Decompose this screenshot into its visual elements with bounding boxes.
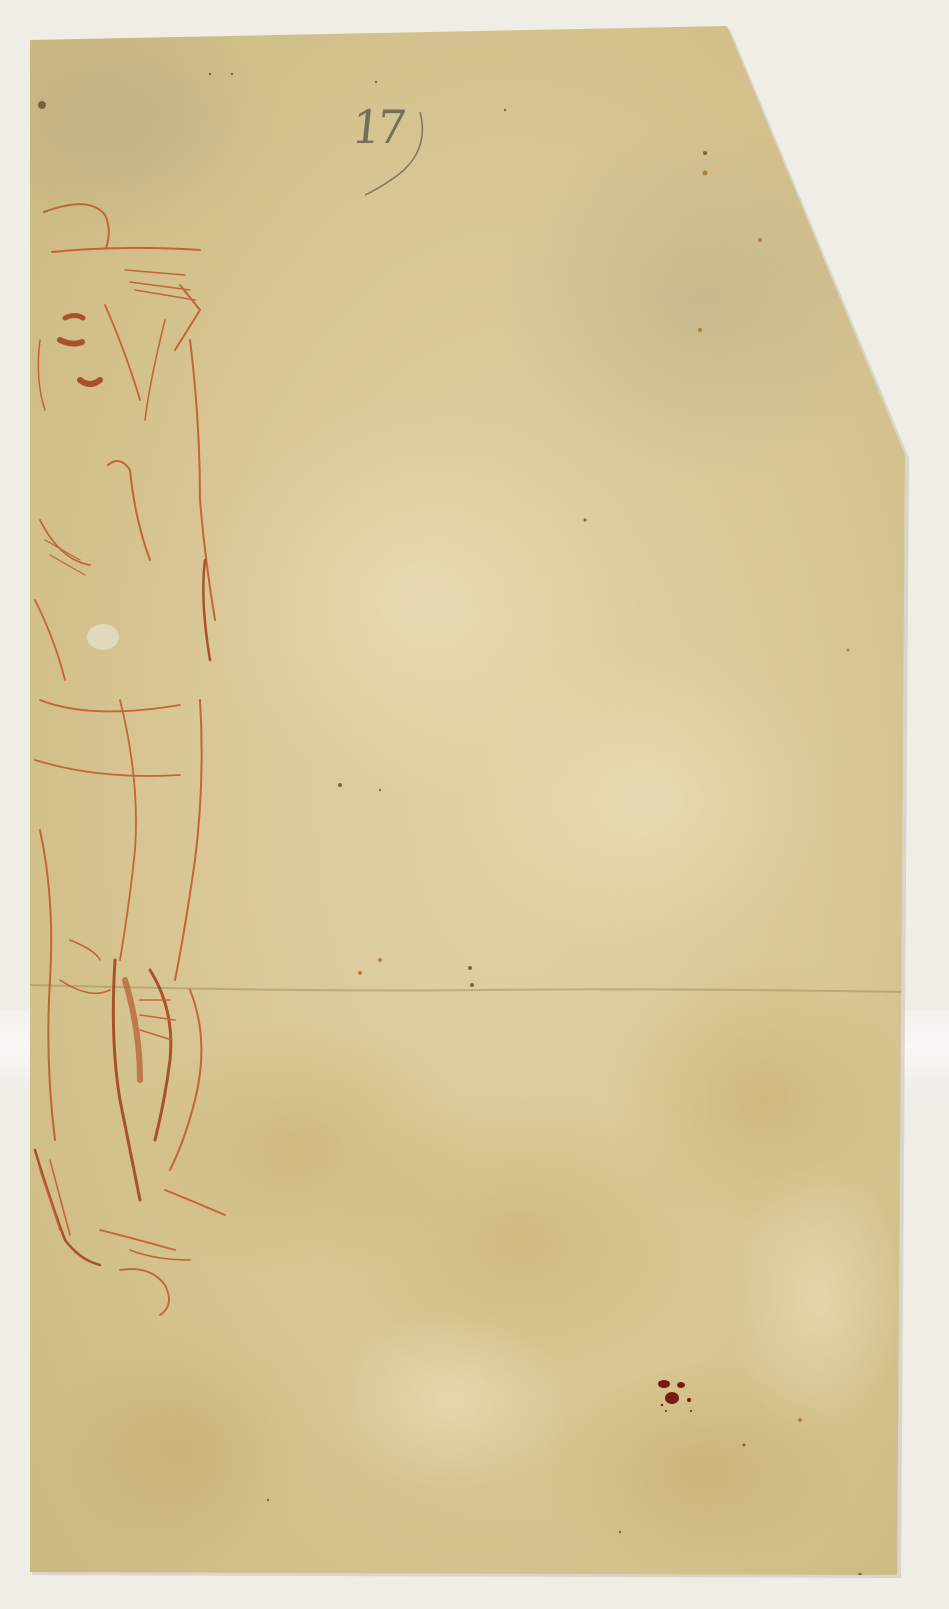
paper-sheet	[0, 0, 949, 1609]
artwork-scan: 17	[0, 0, 949, 1609]
inventory-number-inscription: 17	[349, 100, 405, 154]
